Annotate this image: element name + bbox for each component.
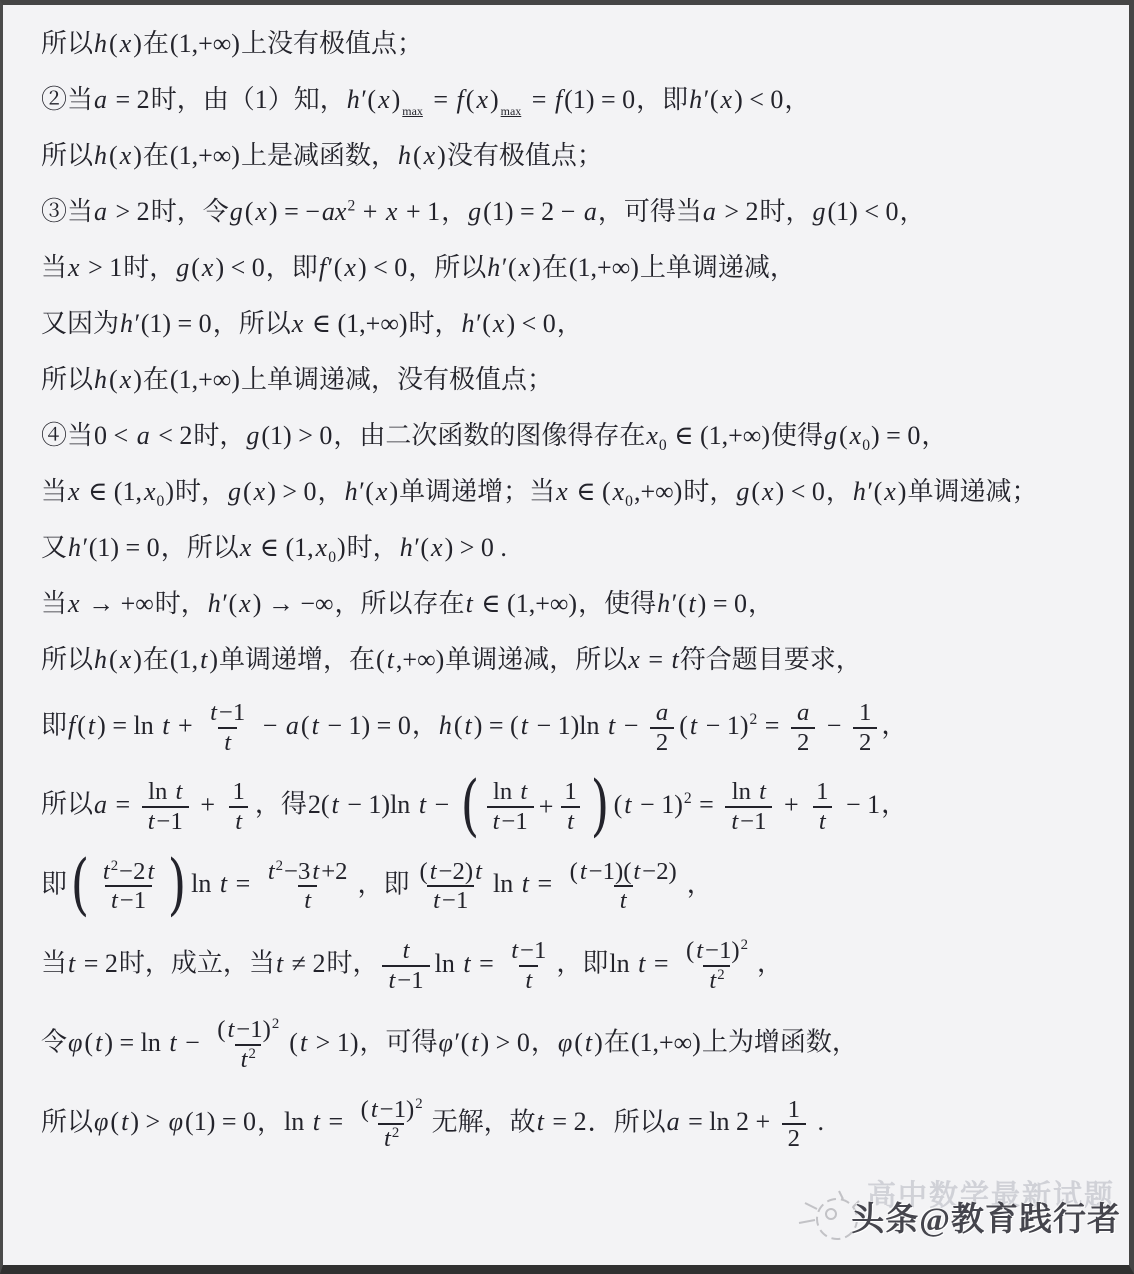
- math-token: t: [566, 808, 575, 835]
- fraction-denominator: t: [218, 727, 237, 757]
- math-token: t: [671, 645, 680, 674]
- math-token: a: [666, 1107, 681, 1136]
- math-token: ，可得当: [598, 197, 702, 226]
- math-token: x: [67, 253, 81, 282]
- solution-line: 所以h(x)在(1,+∞)上单调递减，没有极值点；: [41, 363, 1099, 397]
- math-token: ) < 0: [357, 253, 408, 282]
- solution-line: 又因为h′(1) = 0，所以x ∈ (1,+∞)时，h′(x) < 0，: [41, 307, 1099, 341]
- math-token: x: [375, 477, 389, 506]
- math-token: 时，: [409, 309, 461, 338]
- math-token: 时，由（1）知，: [151, 85, 346, 114]
- math-token: t: [120, 1107, 129, 1136]
- math-token: ln: [608, 949, 637, 978]
- math-token: a: [702, 197, 717, 226]
- math-token: (: [109, 1107, 120, 1136]
- math-token: 在: [143, 365, 169, 394]
- fraction-numerator: t−1: [204, 699, 251, 727]
- math-token: x: [291, 309, 305, 338]
- math-token: (: [227, 589, 238, 618]
- math-token: 使得: [771, 421, 823, 450]
- math-token: 即: [41, 869, 67, 898]
- math-token: 当: [41, 949, 67, 978]
- math-token: t: [331, 790, 340, 819]
- fraction: a2: [650, 699, 674, 756]
- fraction-numerator: (t−1)2: [211, 1016, 284, 1044]
- math-token: = 2: [545, 1107, 588, 1136]
- math-token: (: [685, 937, 695, 964]
- math-token: −1: [156, 808, 184, 835]
- math-token: (1) = 0: [184, 1107, 257, 1136]
- math-token: ): [208, 645, 219, 674]
- fraction-numerator: 1: [227, 778, 251, 806]
- math-token: 时，: [326, 949, 378, 978]
- math-token: 上没有极值点；: [241, 29, 423, 58]
- math-token: a: [583, 197, 598, 226]
- math-token: −1: [218, 699, 246, 726]
- math-token: −1): [235, 1016, 272, 1043]
- math-token: ∈ (1,: [252, 533, 314, 562]
- math-token: −2: [118, 858, 146, 885]
- fraction: (t−1)2t2: [680, 937, 753, 994]
- math-token: ，: [784, 85, 810, 114]
- math-token: t: [147, 808, 156, 835]
- math-token: h′: [688, 85, 709, 114]
- math-token: h′: [399, 533, 420, 562]
- paren-group: (ln tt−1 + 1t): [457, 778, 613, 835]
- math-token: t: [470, 1028, 479, 1057]
- document-page: 所以h(x)在(1,+∞)上没有极值点；②当a = 2时，由（1）知，h′(x)…: [0, 0, 1134, 1274]
- math-token: ∈ (1,+∞): [304, 309, 408, 338]
- math-token: h′: [852, 477, 873, 506]
- math-token: ，: [748, 589, 774, 618]
- math-token: (: [216, 1016, 226, 1043]
- math-token: ) > 0: [266, 477, 317, 506]
- math-token: +: [538, 790, 555, 824]
- math-token: −2): [641, 858, 678, 885]
- math-token: t: [687, 589, 696, 618]
- math-token: t: [223, 729, 232, 756]
- math-token: ) < 0: [505, 309, 556, 338]
- math-token: ，所以: [161, 533, 239, 562]
- solution-line: ④当0 < a < 2时，g(1) > 0，由二次函数的图像得存在x0 ∈ (1…: [41, 419, 1099, 453]
- math-token: 时，: [193, 421, 245, 450]
- paren-content: t2−2tt−1: [93, 858, 164, 915]
- math-token: (: [108, 29, 119, 58]
- math-token: > 2: [717, 197, 760, 226]
- math-token: 在: [604, 1028, 630, 1057]
- fraction-denominator: t: [229, 806, 248, 836]
- math-token: (1,+∞): [169, 29, 241, 58]
- math-token: f: [67, 711, 76, 740]
- math-token: (1) = 2 −: [482, 197, 583, 226]
- fraction: 12: [782, 1096, 806, 1153]
- math-token: 时，: [123, 253, 175, 282]
- math-token: 2: [272, 1016, 279, 1032]
- math-token: (: [76, 711, 87, 740]
- solution-lines: 所以h(x)在(1,+∞)上没有极值点；②当a = 2时，由（1）知，h′(x)…: [3, 5, 1129, 1153]
- math-token: =: [524, 85, 554, 114]
- math-token: ∈ (1,+∞): [667, 421, 771, 450]
- math-token: 当: [41, 477, 67, 506]
- math-token: 所以: [41, 790, 93, 819]
- math-token: φ: [168, 1107, 184, 1136]
- right-paren: ): [590, 777, 609, 833]
- math-token: 2: [717, 966, 724, 982]
- solution-line: 即(t2−2tt−1)ln t = t2−3t+2t，即(t−2)tt−1ln …: [41, 858, 1099, 915]
- math-token: t: [199, 645, 208, 674]
- math-token: t: [386, 645, 395, 674]
- math-token: 单调递减，所以: [445, 645, 627, 674]
- math-token: ln: [283, 1107, 312, 1136]
- math-token: t: [465, 589, 474, 618]
- math-token: 当: [41, 253, 67, 282]
- fraction-numerator: 1: [558, 778, 582, 806]
- math-token: (1,+∞): [568, 253, 640, 282]
- math-token: g: [735, 477, 750, 506]
- math-token: (1,+∞): [169, 365, 241, 394]
- solution-line: 所以φ(t) > φ(1) = 0，ln t = (t−1)2t2无解，故t =…: [41, 1096, 1099, 1153]
- math-token: (1) = 0: [563, 85, 636, 114]
- math-token: ≠ 2: [284, 949, 326, 978]
- math-token: 即: [41, 711, 67, 740]
- math-token: ): [388, 477, 399, 506]
- fraction: 12: [853, 699, 877, 756]
- math-token: x: [67, 589, 81, 618]
- math-token: (: [678, 711, 689, 740]
- math-token: t: [607, 711, 616, 740]
- solution-line: ②当a = 2时，由（1）知，h′(x)max = f(x)max = f(1)…: [41, 83, 1099, 117]
- math-token: − 1) = 0: [320, 711, 412, 740]
- math-token: x: [645, 421, 659, 450]
- math-token: 0: [328, 549, 336, 566]
- math-token: ∈ (1,+∞): [474, 589, 578, 618]
- math-token: t: [94, 1028, 103, 1057]
- math-token: x: [201, 253, 215, 282]
- math-token: 时，成立，当: [119, 949, 275, 978]
- fraction-numerator: ln t: [726, 778, 772, 806]
- solution-line: 即f(t) = ln t + t−1t − a(t − 1) = 0，h(t) …: [41, 699, 1099, 756]
- math-token: (1,+∞): [630, 1028, 702, 1057]
- math-token: (1) = 0: [88, 533, 161, 562]
- solution-line: 所以h(x)在(1,+∞)上没有极值点；: [41, 27, 1099, 61]
- math-token: > 2: [108, 197, 151, 226]
- math-token: t: [464, 711, 473, 740]
- math-token: x: [430, 533, 444, 562]
- math-token: −1): [379, 1096, 416, 1123]
- solution-line: 又h′(1) = 0，所以x ∈ (1,x0)时，h′(x) > 0 .: [41, 531, 1099, 565]
- math-token: h′: [119, 309, 140, 338]
- fraction: 1t: [227, 778, 251, 835]
- fraction-denominator: t−1: [487, 806, 534, 836]
- math-token: x: [343, 253, 357, 282]
- math-token: + 1: [398, 197, 441, 226]
- math-token: (: [288, 1028, 299, 1057]
- math-token: 0 <: [93, 421, 136, 450]
- math-token: f: [554, 85, 563, 114]
- math-token: ，: [257, 1107, 283, 1136]
- math-token: (1) = 0: [140, 309, 213, 338]
- math-token: =: [108, 790, 138, 819]
- math-token: f: [456, 85, 465, 114]
- math-token: ) < 0: [775, 477, 826, 506]
- math-token: → +∞: [81, 589, 155, 618]
- math-token: 在: [542, 253, 568, 282]
- math-token: x: [627, 645, 641, 674]
- math-token: ln: [147, 778, 174, 805]
- fraction-denominator: t2: [378, 1123, 404, 1153]
- math-token: ，: [318, 477, 344, 506]
- fraction: (t−1)2t2: [355, 1096, 428, 1153]
- math-token: = 2: [108, 85, 151, 114]
- math-token: ，: [757, 949, 783, 978]
- math-token: max: [501, 104, 522, 118]
- math-token: ，: [921, 421, 947, 450]
- math-token: ): [897, 477, 908, 506]
- fraction-numerator: t2−2t: [97, 858, 160, 886]
- solution-line: 所以h(x)在(1,+∞)上是减函数，h(x)没有极值点；: [41, 139, 1099, 173]
- math-token: ) = 0: [697, 589, 748, 618]
- math-token: (: [419, 858, 429, 885]
- math-token: −1: [119, 887, 147, 914]
- math-token: ) = ln: [103, 1028, 168, 1057]
- math-token: ): [336, 533, 347, 562]
- math-token: ln: [492, 778, 519, 805]
- math-token: x: [612, 477, 626, 506]
- math-token: −: [178, 1028, 208, 1057]
- math-token: =: [692, 790, 722, 819]
- fraction-numerator: 1: [810, 778, 834, 806]
- math-token: (: [613, 790, 624, 819]
- math-token: +: [776, 790, 806, 819]
- math-token: 时，: [683, 477, 735, 506]
- math-token: 1: [815, 778, 829, 805]
- math-token: +2: [320, 858, 348, 885]
- math-token: ，得: [255, 790, 307, 819]
- math-token: ，即: [266, 253, 318, 282]
- math-token: +: [193, 790, 223, 819]
- fraction-numerator: t−1: [505, 937, 552, 965]
- fraction-denominator: 2: [853, 727, 877, 757]
- math-token: x: [761, 477, 775, 506]
- math-token: (: [873, 477, 884, 506]
- math-token: a: [93, 85, 108, 114]
- math-token: ，: [441, 197, 467, 226]
- math-token: ) = 0: [870, 421, 921, 450]
- math-token: x: [143, 477, 157, 506]
- math-token: t: [520, 711, 529, 740]
- math-token: 时，令: [151, 197, 229, 226]
- math-token: ): [593, 1028, 604, 1057]
- math-token: x: [385, 197, 399, 226]
- math-token: =: [641, 645, 671, 674]
- math-token: ，即: [358, 869, 410, 898]
- math-token: ): [132, 29, 143, 58]
- math-token: (: [750, 477, 761, 506]
- math-token: =: [472, 949, 502, 978]
- math-token: t: [758, 778, 767, 805]
- math-token: (1) < 0: [827, 197, 900, 226]
- fraction: t2−3t+2t: [262, 858, 354, 915]
- math-token: 单调递增；当: [399, 477, 555, 506]
- fraction-denominator: t−1: [427, 885, 474, 915]
- math-token: x: [315, 533, 329, 562]
- math-token: ): [132, 645, 143, 674]
- solution-line: 当x ∈ (1,x0)时，g(x) > 0，h′(x)单调递增；当x ∈ (x0…: [41, 475, 1099, 509]
- math-token: −1: [519, 937, 547, 964]
- math-token: (: [108, 141, 119, 170]
- math-token: 单调递增，在: [219, 645, 375, 674]
- math-token: 2: [684, 790, 692, 807]
- math-token: t: [175, 778, 184, 805]
- math-token: (: [419, 533, 430, 562]
- solution-line: ③当a > 2时，令g(x) = −ax2 + x + 1，g(1) = 2 −…: [41, 195, 1099, 229]
- math-token: −1: [500, 808, 528, 835]
- fraction-denominator: t: [813, 806, 832, 836]
- math-token: t: [418, 790, 427, 819]
- fraction-numerator: (t−1)(t−2): [564, 858, 683, 886]
- math-token: ln: [190, 869, 219, 898]
- math-token: ) < 0: [214, 253, 265, 282]
- math-token: ，即: [636, 85, 688, 114]
- math-token: 2: [787, 1125, 801, 1152]
- math-token: x: [518, 253, 532, 282]
- math-token: 1: [858, 699, 872, 726]
- math-token: ，所以存在: [335, 589, 465, 618]
- solution-line: 所以h(x)在(1,t)单调递增，在(t,+∞)单调递减，所以x = t符合题目…: [41, 643, 1099, 677]
- math-token: 所以: [41, 141, 93, 170]
- math-token: 无解，故: [432, 1107, 536, 1136]
- math-token: −: [255, 711, 285, 740]
- math-token: (: [360, 1096, 370, 1123]
- math-token: −1)(: [588, 858, 633, 885]
- fraction-denominator: t: [614, 885, 633, 915]
- math-token: 0: [659, 437, 667, 454]
- fraction: t−1t: [505, 937, 552, 994]
- math-token: t: [219, 869, 228, 898]
- math-token: 2: [655, 729, 669, 756]
- math-token: x: [720, 85, 734, 114]
- math-token: 在: [143, 141, 169, 170]
- math-token: − 1: [838, 790, 881, 819]
- math-token: ln: [731, 778, 758, 805]
- solution-line: 当x → +∞时，h′(x) → −∞，所以存在t ∈ (1,+∞)，使得h′(…: [41, 587, 1099, 621]
- math-token: =: [228, 869, 258, 898]
- math-token: +: [170, 711, 200, 740]
- math-token: t: [524, 967, 533, 994]
- fraction-denominator: t2: [235, 1044, 261, 1074]
- math-token: t: [708, 967, 717, 994]
- math-token: 上单调递减，: [640, 253, 796, 282]
- math-token: ) > 0: [480, 1028, 531, 1057]
- math-token: 所以: [41, 29, 93, 58]
- math-token: φ: [93, 1107, 109, 1136]
- math-token: 1: [563, 778, 577, 805]
- math-token: ax: [321, 197, 348, 226]
- math-token: ，所以: [408, 253, 486, 282]
- math-token: h′: [486, 253, 507, 282]
- math-token: a: [796, 699, 810, 726]
- fraction-denominator: 2: [650, 727, 674, 757]
- fraction-numerator: t2−3t+2: [262, 858, 354, 886]
- fraction-denominator: t−1: [725, 806, 772, 836]
- math-token: ,+∞): [633, 477, 683, 506]
- math-token: 符合题目要求，: [680, 645, 862, 674]
- watermark-text: 头条@教育践行者: [851, 1193, 1121, 1240]
- fraction: (t−1)2t2: [211, 1016, 284, 1073]
- math-token: 0: [862, 437, 870, 454]
- math-token: t: [521, 869, 530, 898]
- math-token: t: [387, 967, 396, 994]
- math-token: (: [242, 477, 253, 506]
- math-token: ln: [434, 949, 463, 978]
- math-token: x: [883, 477, 897, 506]
- math-token: ④当: [41, 421, 93, 450]
- math-token: t: [67, 949, 76, 978]
- fraction-numerator: (t−1)2: [680, 937, 753, 965]
- math-token: t: [110, 887, 119, 914]
- math-token: g: [229, 197, 244, 226]
- math-token: 没有极值点；: [447, 141, 603, 170]
- math-token: 时，: [760, 197, 812, 226]
- math-token: ∈ (1,: [81, 477, 143, 506]
- fraction: (t−1)(t−2)t: [564, 858, 683, 915]
- math-token: t: [275, 949, 284, 978]
- math-token: t: [519, 778, 528, 805]
- fraction: 1t: [810, 778, 834, 835]
- fraction: ln tt−1: [142, 778, 189, 835]
- math-token: =: [426, 85, 456, 114]
- math-token: ，: [881, 711, 907, 740]
- math-token: h′: [344, 477, 365, 506]
- math-token: x: [239, 533, 253, 562]
- fraction-denominator: 2: [791, 727, 815, 757]
- math-token: ): [489, 85, 500, 114]
- fraction-numerator: a: [791, 699, 815, 727]
- math-token: ，: [826, 477, 852, 506]
- math-token: t: [168, 1028, 177, 1057]
- fraction-denominator: t−1: [105, 885, 152, 915]
- math-token: max: [402, 104, 423, 118]
- math-token: (: [677, 589, 688, 618]
- math-token: ) > 0 .: [444, 533, 508, 562]
- fraction: 1t: [558, 778, 582, 835]
- paren-group: (t2−2tt−1): [67, 858, 190, 915]
- math-token: ，: [412, 711, 438, 740]
- math-token: ，即: [556, 949, 608, 978]
- math-token: ) >: [129, 1107, 167, 1136]
- math-token: ②当: [41, 85, 93, 114]
- fraction-denominator: t: [298, 885, 317, 915]
- math-token: t: [474, 858, 483, 885]
- fraction-numerator: (t−2)t: [414, 858, 488, 886]
- math-token: ) = (: [473, 711, 520, 740]
- math-token: x: [555, 477, 569, 506]
- fraction: t−1t: [204, 699, 251, 756]
- math-token: ，: [687, 869, 713, 898]
- math-token: ) = ln: [96, 711, 161, 740]
- math-token: −1: [441, 887, 469, 914]
- math-token: t: [695, 937, 704, 964]
- math-token: − 1)ln: [529, 711, 607, 740]
- math-token: = ln 2 +: [681, 1107, 778, 1136]
- math-token: > 1: [81, 253, 124, 282]
- math-token: 2: [248, 1046, 255, 1062]
- math-token: h′: [656, 589, 677, 618]
- math-token: ，: [531, 1028, 557, 1057]
- math-token: ): [391, 85, 402, 114]
- math-token: −3: [283, 858, 311, 885]
- math-token: t: [818, 808, 827, 835]
